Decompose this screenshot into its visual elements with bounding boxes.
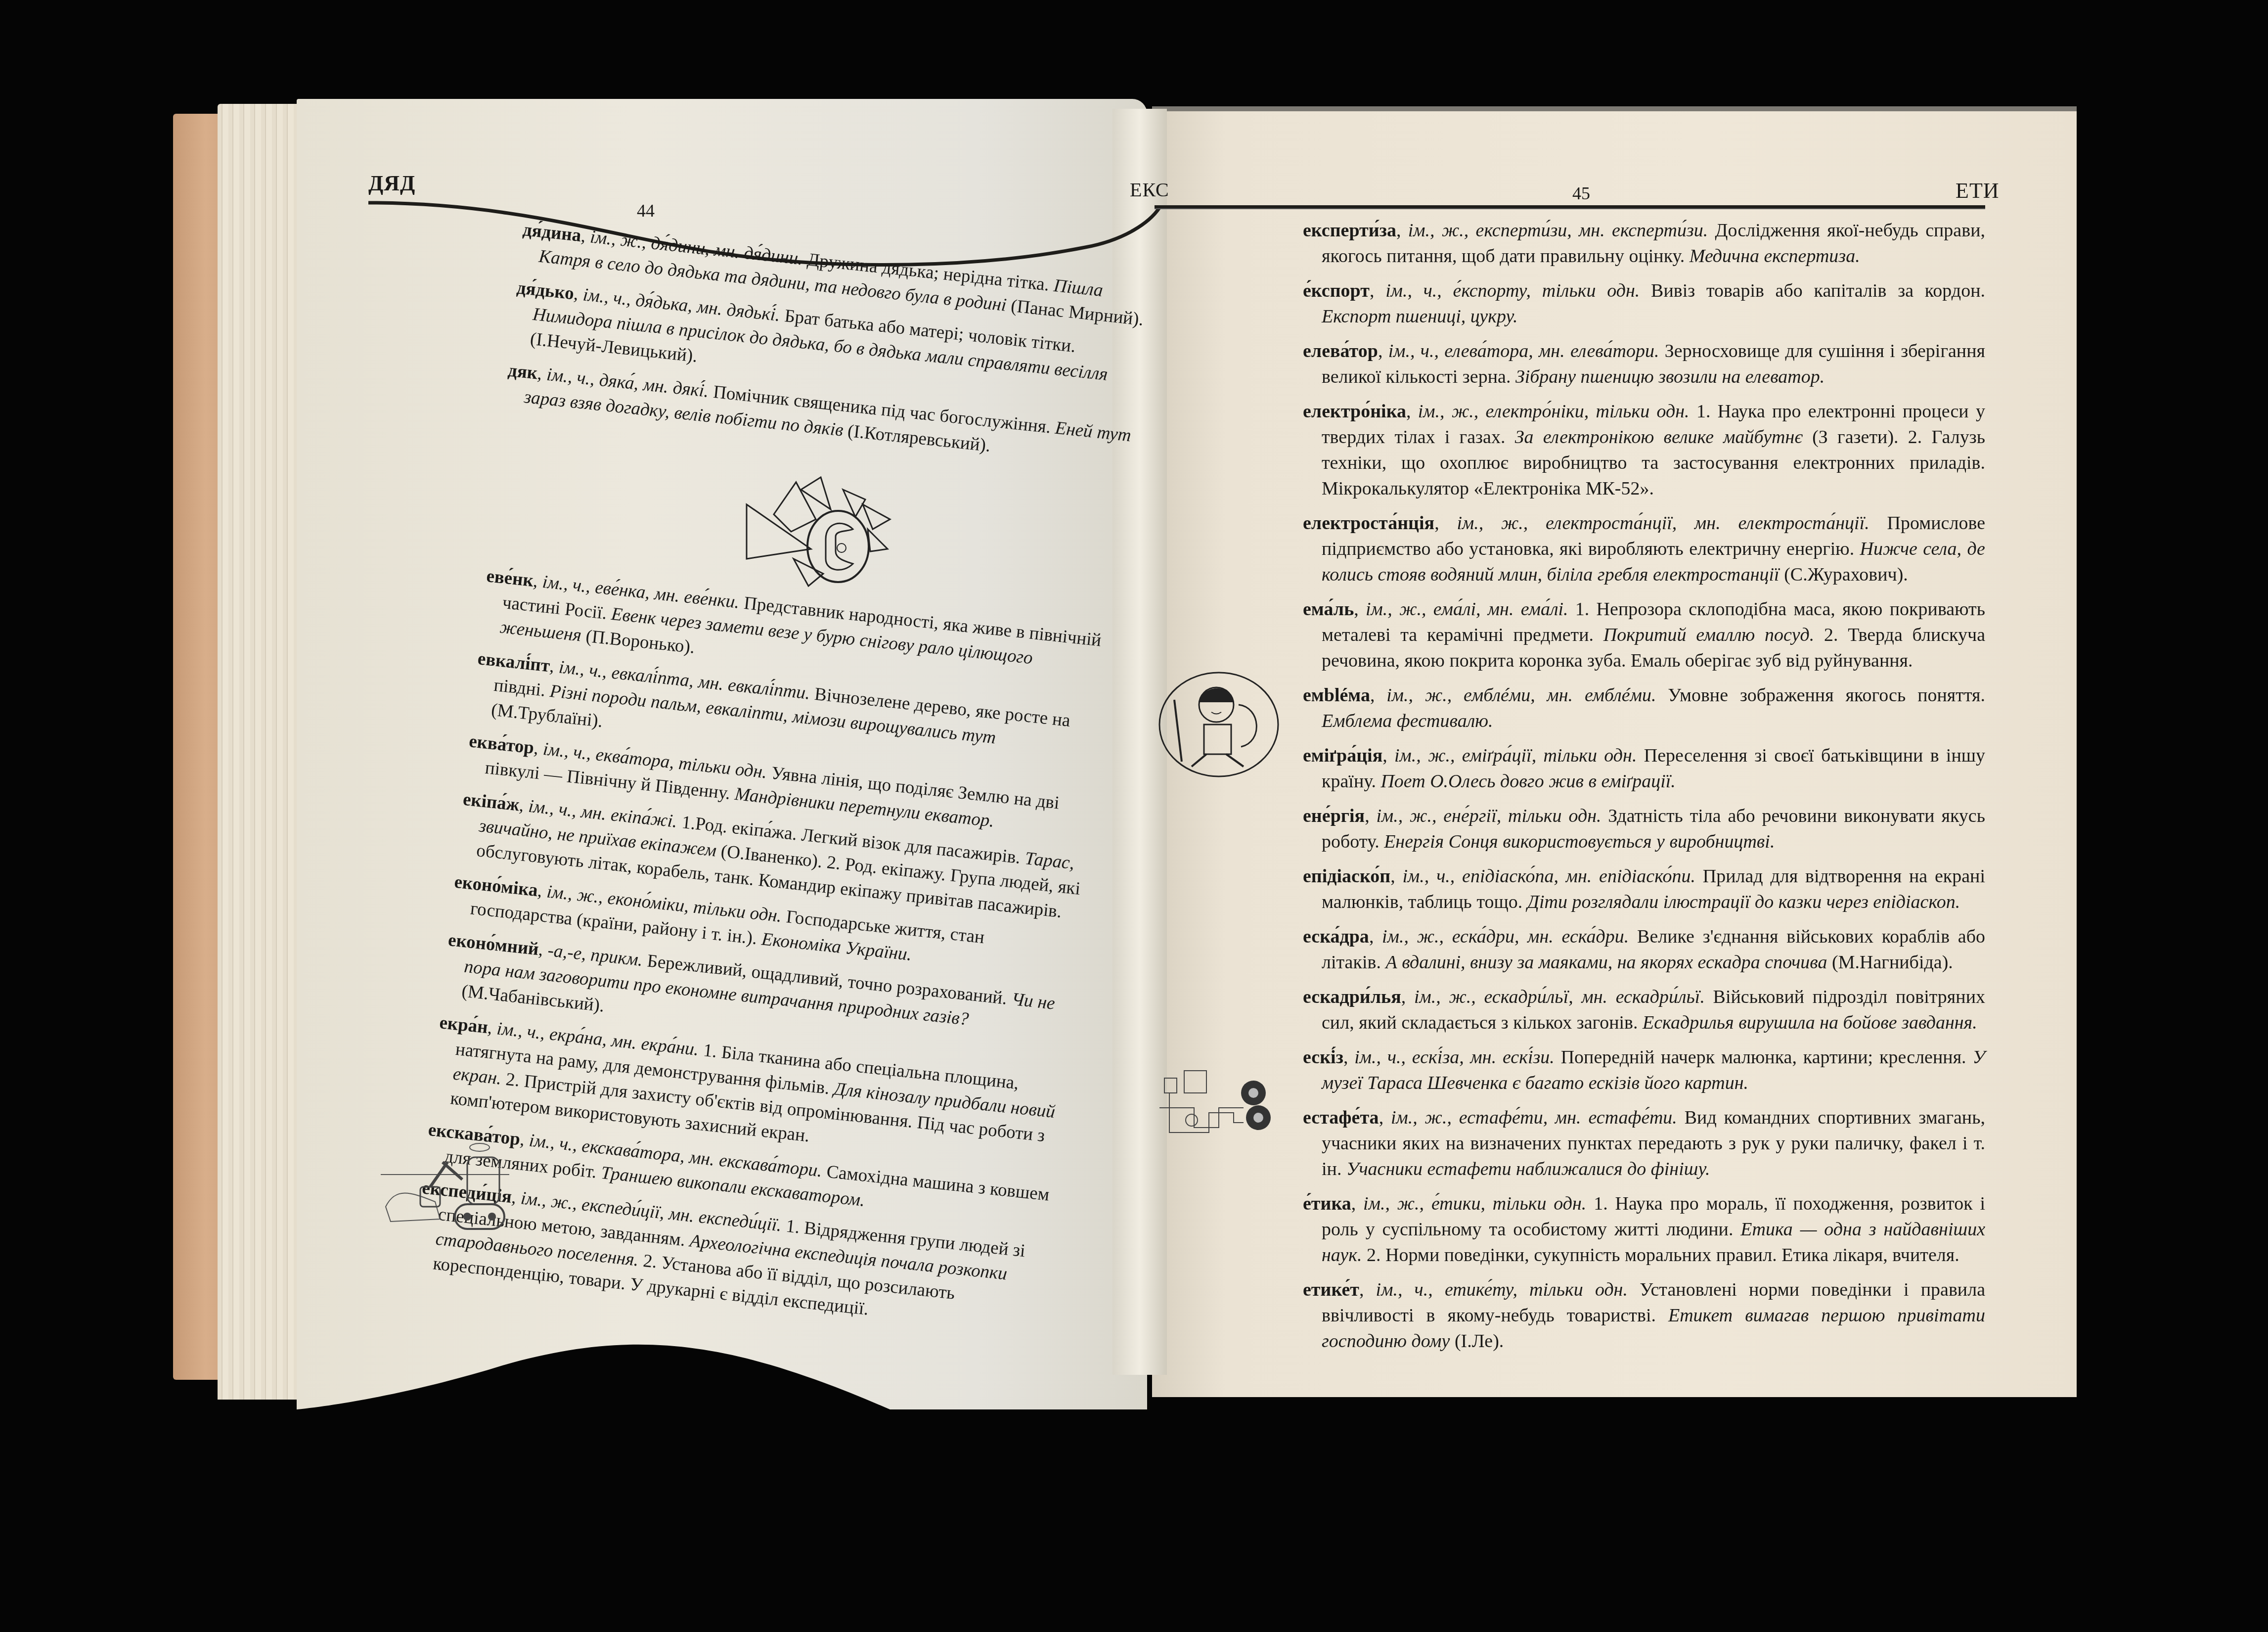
dictionary-entry: ема́ль, ім., ж., ема́лі, мн. ема́лі. 1. … <box>1303 596 1985 674</box>
dictionary-entry: ене́ргія, ім., ж., ене́ргії, тільки одн.… <box>1303 803 1985 855</box>
right-page-number: 45 <box>1572 183 1590 204</box>
right-header-rule <box>1155 205 1985 209</box>
right-running-head: ЕТИ <box>1956 178 2000 203</box>
dictionary-entry: еміґра́ція, ім., ж., еміґра́ції, тільки … <box>1303 743 1985 794</box>
right-page-entries: експерти́за, ім., ж., експерти́зи, мн. е… <box>1303 218 1985 1363</box>
letter-e-emblem-icon <box>742 475 900 593</box>
dictionary-entry: епідіаско́п, ім., ч., епідіаско́па, мн. … <box>1303 863 1985 915</box>
dictionary-entry: елева́тор, ім., ч., елева́тора, мн. елев… <box>1303 338 1985 390</box>
left-page-entries: дя́дина, ім., ж., дя́дини, мн. дя́дини. … <box>412 218 1149 1349</box>
dictionary-entry: емbléма, ім., ж., емблéми, мн. емблéми. … <box>1303 682 1985 734</box>
left-running-head: ДЯД <box>368 171 415 196</box>
dictionary-entry: естафе́та, ім., ж., естафе́ти, мн. естаф… <box>1303 1105 1985 1182</box>
dictionary-entry: ескі́з, ім., ч., ескі́за, мн. ескі́зи. П… <box>1303 1044 1985 1096</box>
dictionary-entry: е́тика, ім., ж., е́тики, тільки одн. 1. … <box>1303 1191 1985 1268</box>
dictionary-entry: електроста́нція, ім., ж., електроста́нці… <box>1303 510 1985 588</box>
boy-with-globe-icon <box>1152 668 1281 781</box>
dictionary-entry: етике́т, ім., ч., етике́ту, тільки одн. … <box>1303 1277 1985 1354</box>
dictionary-entry: е́кспорт, ім., ч., е́кспорту, тільки одн… <box>1303 278 1985 329</box>
dictionary-entry: експерти́за, ім., ж., експерти́зи, мн. е… <box>1303 218 1985 269</box>
dictionary-entry: еска́дра, ім., ж., еска́дри, мн. еска́др… <box>1303 924 1985 975</box>
dictionary-entry: електро́ніка, ім., ж., електро́ніки, тіл… <box>1303 399 1985 501</box>
dictionary-entry: ескадри́лья, ім., ж., ескадри́льї, мн. е… <box>1303 984 1985 1036</box>
snails-maze-icon <box>1159 1058 1288 1147</box>
excavator-icon <box>376 1137 514 1236</box>
